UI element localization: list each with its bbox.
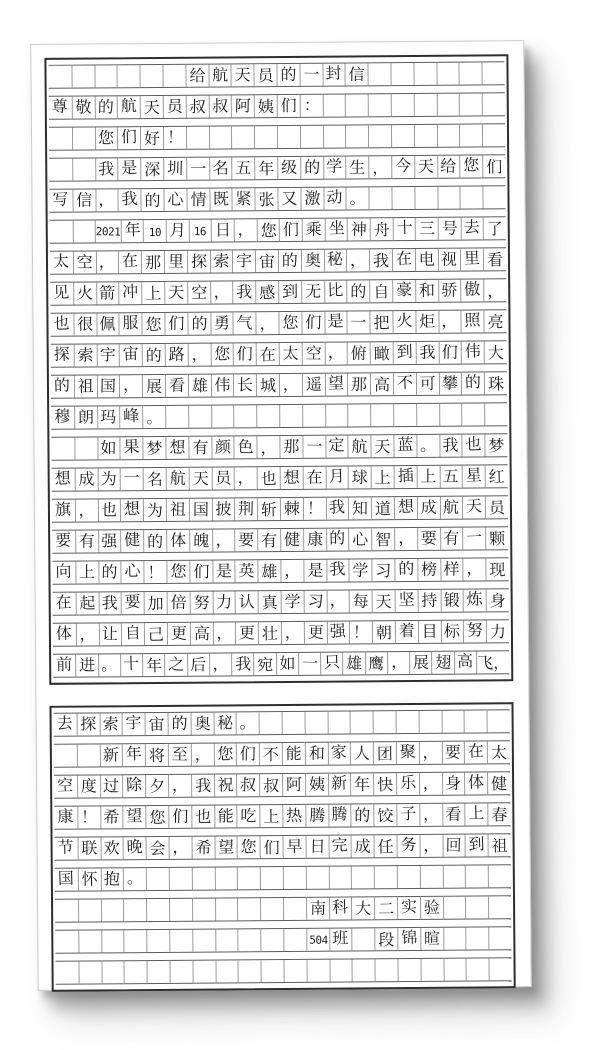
grid-row: 的祖国，展看雄伟长城，遥望那高不可攀的珠: [51, 371, 507, 399]
grid-cell-char: 的: [143, 530, 166, 552]
handwritten-char: 高: [457, 653, 473, 669]
grid-cell-char: 验: [420, 897, 443, 919]
grid-cell-char: 认: [235, 591, 258, 613]
grid-cell-empty: [352, 959, 375, 981]
grid-cell-char: 学: [323, 156, 346, 178]
handwritten-char: 动: [327, 189, 343, 205]
handwritten-char: 宇: [236, 253, 252, 269]
grid-cell-char: 您: [166, 561, 189, 583]
grid-cell-char: 月: [166, 220, 189, 242]
grid-cell-char: ，: [394, 528, 417, 550]
grid-cell-char: 心: [348, 528, 371, 550]
grid-cell-char: 今: [391, 156, 414, 178]
handwritten-char: ，: [213, 656, 229, 672]
handwritten-char: 斩: [261, 502, 277, 518]
handwritten-char: 们: [264, 840, 280, 856]
grid-cell-char: 宙: [119, 344, 142, 366]
grid-cell-char: 后: [187, 654, 209, 676]
handwritten-char: 我: [99, 161, 115, 177]
handwritten-char: 倍: [170, 595, 186, 611]
handwritten-char: ，: [80, 626, 96, 642]
handwritten-char: 腾: [332, 806, 348, 822]
handwritten-char: 名: [213, 160, 229, 176]
grid-cell-char: ！: [144, 561, 167, 583]
handwritten-char: 索: [77, 347, 93, 363]
handwritten-char: 五: [235, 160, 251, 176]
grid-cell-char: 段: [374, 928, 397, 950]
grid-cell-empty: [368, 94, 391, 116]
grid-cell-char: 勇: [210, 312, 233, 334]
grid-row: 太空，在那里探索宇宙的奥秘，我在电视里看: [50, 247, 506, 275]
handwritten-char: 进: [79, 657, 95, 673]
handwritten-char: ，: [238, 470, 254, 486]
grid-cell-empty: [390, 63, 413, 85]
grid-cell-char: 抱: [100, 868, 123, 890]
handwritten-char: ：: [303, 98, 319, 114]
grid-cell-char: 一: [186, 158, 209, 180]
handwritten-char: 朝: [376, 625, 392, 641]
handwritten-char: 信: [349, 67, 365, 83]
grid-cell-empty: [192, 961, 215, 983]
grid-cell-char: 望: [123, 806, 146, 828]
grid-cell-char: 日: [211, 219, 234, 241]
grid-cell-empty: [169, 930, 192, 952]
grid-cell-char: 我: [325, 497, 348, 519]
grid-cell-char: 那: [347, 373, 370, 395]
handwritten-char: 暄: [424, 931, 440, 947]
grid-cell-char: 披: [211, 498, 234, 520]
handwritten-char: ，: [422, 745, 438, 761]
grid-cell-char: ，: [119, 375, 142, 397]
grid-cell-empty: [234, 405, 257, 427]
grid-cell-char: 是: [212, 560, 235, 582]
handwritten-char: 视: [441, 252, 457, 268]
grid-cell-empty: [48, 66, 71, 88]
grid-cell-empty: [101, 961, 124, 983]
grid-cell-char: 天: [462, 496, 485, 518]
grid-cell-empty: [488, 865, 511, 887]
handwritten-char: 联: [81, 840, 97, 856]
handwritten-char: 的: [355, 808, 371, 824]
grid-cell-char: 大: [484, 341, 507, 363]
grid-cell-empty: [260, 867, 283, 889]
handwritten-char: 也: [465, 436, 481, 452]
handwritten-char: 锻: [444, 593, 460, 609]
grid-cell-char: 要: [52, 531, 75, 553]
grid-cell-char: 大: [351, 897, 374, 919]
handwritten-char: 们: [168, 316, 184, 332]
handwritten-char: 球: [352, 470, 368, 486]
grid-cell-char: 有: [188, 437, 211, 459]
grid-cell-char: 在: [302, 467, 325, 489]
handwritten-char: 宙: [149, 717, 165, 733]
handwritten-char: 天: [374, 439, 390, 455]
grid-cell-empty: [55, 900, 78, 922]
grid-cell-char: 您: [278, 312, 301, 334]
grid-cell-char: 宙: [145, 713, 168, 735]
grid-cell-char: ，: [76, 623, 99, 645]
grid-cell-char: 祖: [74, 375, 97, 397]
grid-cell-empty: [348, 404, 371, 426]
grid-cell-char: 颗: [485, 527, 508, 549]
grid-cell-char: 进: [75, 654, 97, 676]
handwritten-char: 朗: [78, 409, 94, 425]
grid-cell-empty: [124, 961, 147, 983]
grid-cell-char: 热: [282, 805, 305, 827]
grid-cell-empty: [72, 158, 95, 180]
handwritten-char: 索: [213, 253, 229, 269]
handwritten-char: 们: [193, 564, 209, 580]
handwritten-char: ，: [423, 838, 439, 854]
handwritten-char: 的: [146, 348, 162, 364]
grid-cell-char: 天: [164, 282, 187, 304]
grid-cell-char: 您: [142, 313, 165, 335]
grid-cell-char: 回: [442, 835, 465, 857]
handwritten-char: ！: [167, 130, 183, 146]
handwritten-char: 天: [235, 67, 251, 83]
handwritten-char: 叔: [212, 98, 228, 114]
handwritten-char: 在: [56, 594, 72, 610]
handwritten-char: 的: [171, 716, 187, 732]
handwritten-char: 习: [307, 594, 323, 610]
grid-cell-char: 体: [53, 624, 76, 646]
grid-cell-char: 上: [259, 805, 282, 827]
grid-cell-empty: [437, 125, 460, 147]
grid-cell-char: 。: [98, 654, 120, 676]
grid-cell-empty: [420, 866, 443, 888]
handwritten-char: 我: [373, 253, 389, 269]
handwritten-char: 过: [103, 778, 119, 794]
grid-cell-empty: [211, 405, 234, 427]
grid-cell-empty: [396, 711, 419, 733]
handwritten-char: 里: [464, 250, 480, 266]
grid-cell-char: 您: [210, 343, 233, 365]
grid-cell-char: 遥: [302, 374, 325, 396]
handwritten-char: 我: [195, 778, 211, 794]
grid-cell-char: 联: [77, 837, 100, 859]
handwritten-char: 雄: [346, 656, 362, 672]
grid-cell-char: ！: [77, 806, 100, 828]
handwritten-char: 热: [286, 808, 302, 824]
grid-cell-char: 欢: [100, 837, 123, 859]
grid-cell-char: 和: [415, 280, 438, 302]
grid-row: 南科大二实验: [55, 895, 511, 923]
grid-cell-char: 日: [305, 836, 328, 858]
grid-cell-char: ，: [438, 311, 461, 333]
handwritten-char: 宙: [259, 254, 275, 270]
grid-cell-empty: [277, 126, 300, 148]
grid-cell-char: 您: [95, 127, 118, 149]
handwritten-char: ，: [284, 563, 300, 579]
grid-cell-empty: [78, 930, 101, 952]
handwritten-char: 雄: [192, 378, 208, 394]
grid-cell-char: 球: [348, 466, 371, 488]
grid-cell-char: 员: [254, 64, 277, 86]
grid-cell-char: 我: [98, 592, 121, 614]
handwritten-char: 班: [333, 930, 349, 946]
grid-cell-char: 员: [485, 496, 508, 518]
grid-cell-char: 亮: [484, 310, 507, 332]
grid-row: 要有强健的体魄，要有健康的心智，要有一颗: [52, 526, 508, 554]
grid-cell-char: 是: [118, 158, 141, 180]
handwritten-char: 的: [144, 193, 160, 209]
handwritten-char: 峰: [123, 408, 139, 424]
handwritten-char: 翅: [435, 655, 451, 671]
handwritten-char: 颗: [489, 531, 505, 547]
handwritten-char: 的: [282, 253, 298, 269]
grid-cell-char: 颜: [211, 436, 234, 458]
handwritten-char: 红: [489, 469, 505, 485]
grid-cell-char: 傲: [461, 279, 484, 301]
handwritten-char: 。: [101, 657, 117, 673]
grid-cell-char: 腾: [305, 805, 328, 827]
grid-cell-empty: [375, 959, 398, 981]
grid-row: 在起我要加倍努力认真学习，每天坚持锻炼身: [53, 588, 509, 616]
handwritten-char: 为: [147, 503, 163, 519]
grid-cell-char: 动: [323, 187, 346, 209]
grid-cell-char: 的: [347, 280, 370, 302]
grid-cell-empty: [306, 960, 329, 982]
handwritten-char: 们: [281, 98, 297, 114]
grid-cell-empty: [328, 866, 351, 888]
handwritten-char: 们: [172, 809, 188, 825]
handwritten-char: ，: [330, 592, 346, 608]
handwritten-char: 国: [100, 378, 116, 394]
handwritten-char: ，: [172, 840, 188, 856]
grid-cell-char: 每: [349, 590, 372, 612]
handwritten-char: 敬: [75, 99, 91, 115]
grid-cell-char: 如: [276, 653, 298, 675]
grid-cell-char: 的: [187, 313, 210, 335]
handwritten-char: 的: [191, 316, 207, 332]
grid-cell-char: 过: [100, 775, 123, 797]
handwritten-char: 十: [123, 656, 139, 672]
handwritten-char: 让: [102, 626, 118, 642]
grid-cell-char: ！: [163, 127, 186, 149]
grid-cell-char: 想: [52, 469, 75, 491]
handwritten-char: 学: [284, 594, 300, 610]
grid-cell-char: 饺: [373, 804, 396, 826]
grid-cell-char: 那: [279, 436, 302, 458]
handwritten-char: 见: [53, 284, 69, 300]
grid-cell-char: 春: [487, 803, 510, 825]
handwritten-char: 国: [193, 502, 209, 518]
grid-cell-char: 天: [231, 64, 254, 86]
grid-cell-char: 康: [54, 807, 77, 829]
handwritten-char: 您: [145, 317, 161, 333]
grid-cell-char: 坐: [324, 218, 347, 240]
grid-cell-char: 想: [120, 499, 143, 521]
grid-cell-char: 。: [346, 187, 369, 209]
grid-cell-char: 信: [345, 63, 368, 85]
grid-cell-empty: [237, 898, 260, 920]
grid-cell-char: 俯: [347, 342, 370, 364]
handwritten-char: 腾: [309, 808, 325, 824]
grid-cell-char: ，: [234, 219, 257, 241]
grid-cell-empty: [49, 128, 72, 150]
handwritten-char: 大: [488, 345, 504, 361]
handwritten-char: 圳: [167, 161, 183, 177]
handwritten-char: 披: [215, 501, 231, 517]
grid-cell-char: 航: [208, 64, 231, 86]
grid-cell-char: 在: [53, 593, 76, 615]
handwritten-char: 旗: [55, 501, 71, 517]
handwritten-char: 强: [330, 623, 346, 639]
grid-cell-char: 五: [232, 157, 255, 179]
grid-cell-char: 我: [191, 775, 214, 797]
handwritten-char: 夕: [149, 779, 165, 795]
handwritten-char: 您: [149, 810, 165, 826]
handwritten-char: 晚: [127, 839, 143, 855]
grid-cell-char: 年: [120, 220, 143, 242]
grid-cell-char: ，: [368, 156, 391, 178]
grid-cell-char: 生: [346, 156, 369, 178]
handwritten-char: 坐: [328, 220, 344, 236]
handwritten-char: 在: [260, 347, 276, 363]
handwritten-char: 要: [421, 531, 437, 547]
grid-cell-char: 目: [418, 621, 441, 643]
handwritten-char: 攀: [442, 376, 458, 392]
grid-row: 探索宇宙的路，您们在太空，俯瞰到我们伟大: [51, 340, 507, 368]
grid-cell-char: 太: [50, 252, 73, 274]
handwritten-char: 我: [443, 438, 459, 454]
handwritten-char: 们: [442, 345, 458, 361]
grid-cell-char: 舟: [370, 218, 393, 240]
grid-cell-char: 务: [396, 835, 419, 857]
handwritten-char: 和: [308, 746, 324, 762]
handwritten-char: 探: [80, 716, 96, 732]
handwritten-char: 加: [148, 596, 164, 612]
grid-cell-char: 探: [187, 251, 210, 273]
handwritten-char: 看: [446, 807, 462, 823]
grid-cell-char: 节: [55, 838, 78, 860]
handwritten-char: 给: [189, 68, 205, 84]
handwritten-char: 空: [191, 285, 207, 301]
grid-cell-empty: [420, 959, 443, 981]
handwritten-char: 生: [349, 160, 365, 176]
grid-cell-char: 无: [301, 281, 324, 303]
handwritten-char: 。: [240, 715, 256, 731]
handwritten-char: 的: [147, 534, 163, 550]
grid-cell-char: 知: [348, 497, 371, 519]
grid-cell-char: 上: [141, 282, 164, 304]
grid-row: 写信，我的心情既紧张又激动。: [49, 185, 505, 213]
grid-cell-char: 望: [214, 836, 237, 858]
grid-cell-empty: [146, 899, 169, 921]
handwritten-char: 抱: [104, 871, 120, 887]
handwritten-char: 瞰: [374, 346, 390, 362]
grid-cell-empty: [55, 962, 78, 984]
handwritten-char: 秘: [327, 251, 343, 267]
grid-cell-char: 雄: [342, 652, 364, 674]
grid-cell-char: 不: [393, 373, 416, 395]
grid-cell-char: 如: [97, 437, 120, 459]
grid-cell-char: 至: [168, 744, 191, 766]
grid-cell-char: 阿: [231, 95, 254, 117]
handwritten-char: 能: [286, 746, 302, 762]
grid-cell-char: 腾: [328, 804, 351, 826]
handwritten-char: 情: [190, 192, 206, 208]
grid-cell-char: 您: [237, 836, 260, 858]
grid-cell-char: 上: [371, 466, 394, 488]
handwritten-char: 写: [53, 191, 69, 207]
handwritten-char: 箭: [100, 285, 116, 301]
handwritten-char: 在: [122, 253, 138, 269]
handwritten-char: 望: [328, 375, 344, 391]
grid-cell-char: 豪: [392, 280, 415, 302]
handwritten-char: 康: [57, 808, 73, 824]
handwritten-char: 的: [280, 67, 296, 83]
handwritten-char: 为: [101, 471, 117, 487]
grid-cell-char: 火: [73, 282, 96, 304]
grid-cell-empty: [72, 127, 95, 149]
grid-cell-char: 的: [141, 189, 164, 211]
handwritten-char: 智: [375, 532, 391, 548]
handwritten-char: ，: [285, 625, 301, 641]
handwritten-char: 们: [486, 159, 502, 175]
grid-cell-empty: [352, 928, 375, 950]
handwritten-char: 成: [355, 839, 371, 855]
grid-cell-char: 。: [236, 712, 259, 734]
handwritten-char: 更: [307, 625, 323, 641]
grid-cell-char: 成: [74, 468, 97, 490]
handwritten-char: 宇: [126, 715, 142, 731]
grid-cell-char: 力: [212, 591, 235, 613]
grid-cell-char: 路: [165, 344, 188, 366]
grid-cell-char: 们: [233, 343, 256, 365]
grid-cell-char: 雄: [258, 560, 281, 582]
handwritten-char: 要: [445, 745, 461, 761]
grid-cell-char: 国: [55, 869, 78, 891]
grid-cell-char: ，: [96, 251, 119, 273]
handwritten-char: 己: [148, 627, 164, 643]
handwritten-char: 尊: [52, 98, 68, 114]
handwritten-char: 秘: [217, 715, 233, 731]
grid-cell-char: 航: [439, 497, 462, 519]
grid-cell-empty: [322, 94, 345, 116]
handwritten-char: 饺: [377, 808, 393, 824]
handwritten-char: 的: [398, 561, 414, 577]
handwritten-char: 向: [56, 563, 72, 579]
handwritten-char: 持: [421, 593, 437, 609]
grid-cell-char: 探: [76, 713, 99, 735]
grid-cell-empty: [368, 63, 391, 85]
grid-cell-char: 能: [214, 805, 237, 827]
handwritten-char: 好: [144, 131, 160, 147]
handwritten-char: 雄: [261, 564, 277, 580]
grid-cell-empty: [489, 958, 512, 980]
handwritten-char: 空: [305, 346, 321, 362]
handwritten-char: 飞，: [477, 655, 509, 672]
grid-cell-empty: [369, 187, 392, 209]
handwritten-char: 航: [169, 471, 185, 487]
grid-cell-char: 一: [347, 311, 370, 333]
grid-cell-char: 插: [394, 466, 417, 488]
handwritten-char: 是: [328, 313, 344, 329]
grid-cell-empty: [72, 220, 95, 242]
grid-cell-empty: [437, 187, 460, 209]
handwritten-char: 展: [146, 379, 162, 395]
grid-cell-char: ，: [256, 312, 279, 334]
grid-cell-char: 也: [97, 499, 120, 521]
grid-cell-empty: [146, 868, 169, 890]
handwritten-char: 除: [126, 777, 142, 793]
grid-cell-empty: [345, 94, 368, 116]
grid-cell-char: 新: [328, 773, 351, 795]
grid-cell-empty: [484, 403, 507, 425]
handwritten-char: 蓝: [397, 437, 413, 453]
handwritten-char: 员: [215, 470, 231, 486]
